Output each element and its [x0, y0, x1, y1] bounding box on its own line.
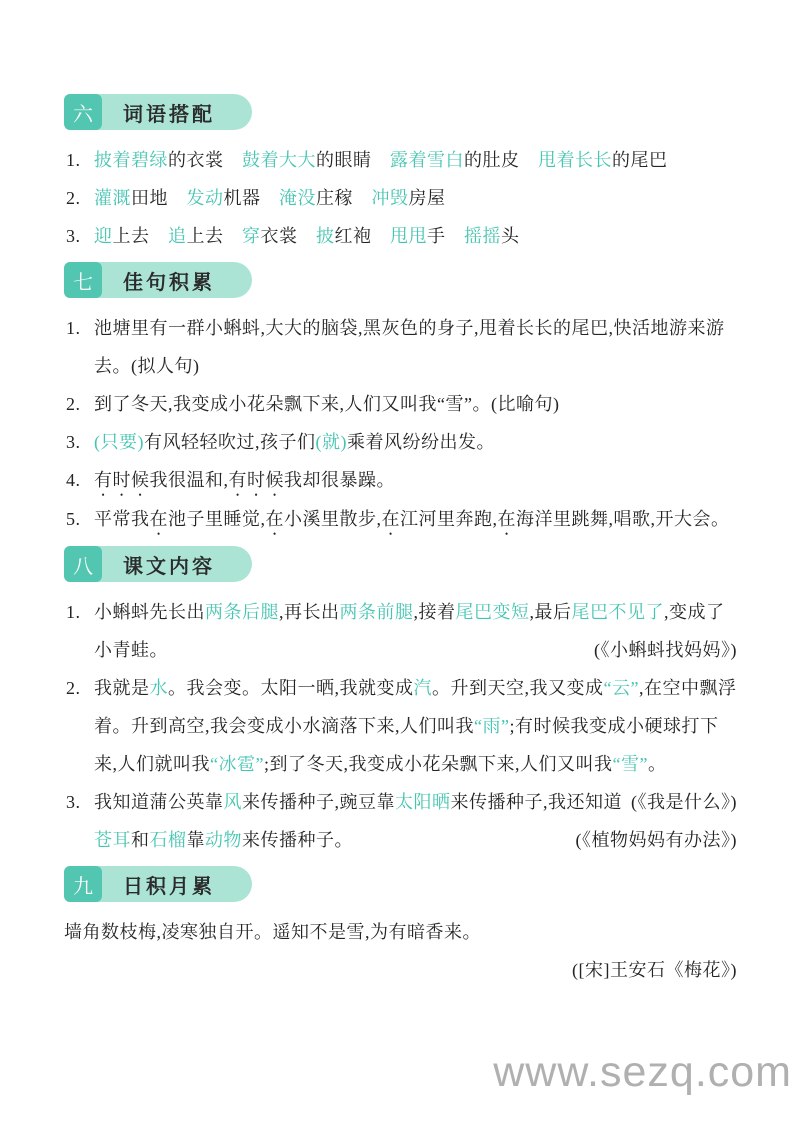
highlighted-text: 尾巴变短: [456, 602, 530, 622]
plain-text: 的眼睛: [316, 150, 372, 170]
list-item: 1.小蝌蚪先长出两条后腿,再长出两条前腿,接着尾巴变短,最后尾巴不见了,变成了小…: [64, 593, 737, 669]
plain-text: 红袍: [335, 226, 372, 246]
plain-text: [372, 226, 391, 246]
section-text-content: 八课文内容1.小蝌蚪先长出两条后腿,再长出两条前腿,接着尾巴变短,最后尾巴不见了…: [64, 546, 737, 859]
list-item: 3.我知道蒲公英靠风来传播种子,豌豆靠太阳晒来传播种子,我还知道苍耳和石榴靠动物…: [64, 783, 737, 859]
plain-text: 到了冬天,我变成小花朵飘下来,人们又叫我“雪”。(比喻句): [94, 394, 559, 414]
highlighted-text: 苍耳: [94, 830, 131, 850]
item-text: 到了冬天,我变成小花朵飘下来,人们又叫我“雪”。(比喻句): [94, 394, 559, 414]
highlighted-text: “云”: [604, 678, 639, 698]
plain-text: 。我会变。太阳一晒,我就变成: [168, 678, 414, 698]
sections-container: 六词语搭配1.披着碧绿的衣裳 鼓着大大的眼睛 露着雪白的肚皮 甩着长长的尾巴2.…: [64, 94, 737, 989]
plain-text: [261, 188, 280, 208]
emphasized-text: 在: [382, 509, 401, 529]
plain-text: 的肚皮: [464, 150, 520, 170]
section-number-badge: 七: [64, 262, 102, 298]
plain-text: 上去: [113, 226, 150, 246]
plain-text: 池子里睡觉,: [168, 509, 266, 529]
plain-text: 有风轻轻吹过,孩子们: [144, 432, 316, 452]
section-header-text-content: 八课文内容: [64, 546, 252, 582]
plain-text: 的尾巴: [612, 150, 668, 170]
plain-text: 手: [427, 226, 446, 246]
plain-text: 我就是: [94, 678, 150, 698]
plain-text: 的衣裳: [168, 150, 224, 170]
emphasized-text: 有时候: [229, 470, 285, 490]
emphasized-text: 在: [150, 509, 169, 529]
list-item: 2.灌溉田地 发动机器 淹没庄稼 冲毁房屋: [64, 179, 737, 217]
highlighted-text: 甩甩: [390, 226, 427, 246]
item-text: 我就是水。我会变。太阳一晒,我就变成汽。升到天空,我又变成“云”,在空中飘浮着。…: [94, 678, 736, 774]
list-item: 3.(只要)有风轻轻吹过,孩子们(就)乘着风纷纷出发。: [64, 423, 737, 461]
plain-text: 墙角数枝梅,凌寒独自开。遥知不是雪,为有暗香来。: [64, 922, 481, 942]
item-number: 3.: [66, 423, 81, 461]
section-header-daily-accumulation: 九日积月累: [64, 866, 252, 902]
emphasized-text: 有时候: [94, 470, 150, 490]
section-number-badge: 八: [64, 546, 102, 582]
plain-text: [224, 150, 243, 170]
plain-text: ,最后: [530, 602, 572, 622]
plain-text: ,接着: [414, 602, 456, 622]
plain-text: 房屋: [409, 188, 446, 208]
item-number: 1.: [66, 309, 81, 347]
item-number: 5.: [66, 500, 81, 538]
plain-text: 小蝌蚪先长出: [94, 602, 205, 622]
plain-text: 乘着风纷纷出发。: [347, 432, 495, 452]
list-item: 2.到了冬天,我变成小花朵飘下来,人们又叫我“雪”。(比喻句): [64, 385, 737, 423]
section-items: 1.池塘里有一群小蝌蚪,大大的脑袋,黑灰色的身子,甩着长长的尾巴,快活地游来游去…: [64, 307, 737, 539]
plain-text: 海洋里跳舞,唱歌,开大会。: [516, 509, 730, 529]
plain-text: ;到了冬天,我变成小花朵飘下来,人们又叫我: [264, 754, 613, 774]
highlighted-text: “雪”: [612, 754, 647, 774]
item-text: 灌溉田地 发动机器 淹没庄稼 冲毁房屋: [94, 188, 446, 208]
plain-text: 来传播种子,我还知道: [451, 792, 623, 812]
highlighted-text: 迎: [94, 226, 113, 246]
plain-text: 。升到天空,我又变成: [432, 678, 604, 698]
emphasized-text: 在: [498, 509, 517, 529]
list-item: 4.有时候我很温和,有时候我却很暴躁。: [64, 461, 737, 500]
plain-text: 来传播种子,豌豆靠: [242, 792, 395, 812]
plain-text: ([宋]王安石《梅花》): [572, 960, 737, 980]
item-source: (《小蝌蚪找妈妈》): [594, 631, 737, 669]
plain-text: 田地: [131, 188, 168, 208]
list-item: 2.我就是水。我会变。太阳一晒,我就变成汽。升到天空,我又变成“云”,在空中飘浮…: [64, 669, 737, 783]
item-number: 1.: [66, 141, 81, 179]
highlighted-text: (就): [316, 432, 348, 452]
plain-text: 池塘里有一群小蝌蚪,大大的脑袋,黑灰色的身子,甩着长长的尾巴,快活地游来游去。(…: [94, 318, 725, 376]
item-text: 平常我在池子里睡觉,在小溪里散步,在江河里奔跑,在海洋里跳舞,唱歌,开大会。: [94, 509, 730, 529]
plain-text: [446, 226, 465, 246]
emphasized-text: 在: [266, 509, 285, 529]
highlighted-text: 冲毁: [372, 188, 409, 208]
section-items: 1.披着碧绿的衣裳 鼓着大大的眼睛 露着雪白的肚皮 甩着长长的尾巴2.灌溉田地 …: [64, 139, 737, 255]
section-items: 墙角数枝梅,凌寒独自开。遥知不是雪,为有暗香来。([宋]王安石《梅花》): [64, 911, 737, 989]
section-header-good-sentences: 七佳句积累: [64, 262, 252, 298]
item-source: (《植物妈妈有办法》): [576, 821, 738, 859]
highlighted-text: 汽: [414, 678, 433, 698]
section-number-badge: 六: [64, 94, 102, 130]
plain-text: [298, 226, 317, 246]
highlighted-text: 披: [316, 226, 335, 246]
list-item: 墙角数枝梅,凌寒独自开。遥知不是雪,为有暗香来。: [64, 913, 737, 951]
plain-text: 小溪里散步,: [284, 509, 382, 529]
plain-text: 平常我: [94, 509, 150, 529]
section-items: 1.小蝌蚪先长出两条后腿,再长出两条前腿,接着尾巴变短,最后尾巴不见了,变成了小…: [64, 591, 737, 859]
item-text: (只要)有风轻轻吹过,孩子们(就)乘着风纷纷出发。: [94, 432, 495, 452]
section-good-sentences: 七佳句积累1.池塘里有一群小蝌蚪,大大的脑袋,黑灰色的身子,甩着长长的尾巴,快活…: [64, 262, 737, 539]
section-words-matching: 六词语搭配1.披着碧绿的衣裳 鼓着大大的眼睛 露着雪白的肚皮 甩着长长的尾巴2.…: [64, 94, 737, 255]
plain-text: [353, 188, 372, 208]
highlighted-text: 摇摇: [464, 226, 501, 246]
plain-text: 。: [648, 754, 667, 774]
plain-text: 机器: [224, 188, 261, 208]
section-header-words-matching: 六词语搭配: [64, 94, 252, 130]
item-text: ([宋]王安石《梅花》): [572, 960, 737, 980]
section-number-badge: 九: [64, 866, 102, 902]
highlighted-text: 灌溉: [94, 188, 131, 208]
item-text: 池塘里有一群小蝌蚪,大大的脑袋,黑灰色的身子,甩着长长的尾巴,快活地游来游去。(…: [94, 318, 725, 376]
highlighted-text: 太阳晒: [395, 792, 451, 812]
highlighted-text: 披着碧绿: [94, 150, 168, 170]
watermark: www.sezq.com: [493, 1048, 792, 1097]
item-number: 1.: [66, 593, 81, 631]
highlighted-text: 动物: [205, 830, 242, 850]
list-item: 1.披着碧绿的衣裳 鼓着大大的眼睛 露着雪白的肚皮 甩着长长的尾巴: [64, 141, 737, 179]
highlighted-text: 甩着长长: [538, 150, 612, 170]
list-item: ([宋]王安石《梅花》): [64, 951, 737, 989]
plain-text: 我很温和,: [150, 470, 229, 490]
item-text: 迎上去 追上去 穿衣裳 披红袍 甩甩手 摇摇头: [94, 226, 520, 246]
item-text: 有时候我很温和,有时候我却很暴躁。: [94, 470, 395, 490]
highlighted-text: “雨”: [474, 716, 509, 736]
highlighted-text: 石榴: [150, 830, 187, 850]
plain-text: [150, 226, 169, 246]
highlighted-text: 露着雪白: [390, 150, 464, 170]
item-number: 3.: [66, 217, 81, 255]
list-item: 5.平常我在池子里睡觉,在小溪里散步,在江河里奔跑,在海洋里跳舞,唱歌,开大会。: [64, 500, 737, 539]
highlighted-text: “冰雹”: [210, 754, 264, 774]
highlighted-text: 发动: [187, 188, 224, 208]
item-number: 2.: [66, 385, 81, 423]
section-daily-accumulation: 九日积月累墙角数枝梅,凌寒独自开。遥知不是雪,为有暗香来。([宋]王安石《梅花》…: [64, 866, 737, 989]
plain-text: [520, 150, 539, 170]
plain-text: 上去: [187, 226, 224, 246]
plain-text: 靠: [187, 830, 206, 850]
plain-text: 和: [131, 830, 150, 850]
highlighted-text: 风: [224, 792, 243, 812]
plain-text: [168, 188, 187, 208]
highlighted-text: 追: [168, 226, 187, 246]
item-number: 4.: [66, 461, 81, 499]
highlighted-text: 淹没: [279, 188, 316, 208]
workbook-page: 六词语搭配1.披着碧绿的衣裳 鼓着大大的眼睛 露着雪白的肚皮 甩着长长的尾巴2.…: [0, 0, 800, 989]
list-item: 3.迎上去 追上去 穿衣裳 披红袍 甩甩手 摇摇头: [64, 217, 737, 255]
highlighted-text: 鼓着大大: [242, 150, 316, 170]
plain-text: [372, 150, 391, 170]
plain-text: ,再长出: [279, 602, 340, 622]
item-text: 披着碧绿的衣裳 鼓着大大的眼睛 露着雪白的肚皮 甩着长长的尾巴: [94, 150, 668, 170]
item-text: 墙角数枝梅,凌寒独自开。遥知不是雪,为有暗香来。: [64, 922, 481, 942]
item-number: 2.: [66, 179, 81, 217]
highlighted-text: (只要): [94, 432, 144, 452]
highlighted-text: 两条后腿: [205, 602, 279, 622]
highlighted-text: 两条前腿: [340, 602, 414, 622]
plain-text: 我知道蒲公英靠: [94, 792, 224, 812]
plain-text: [224, 226, 243, 246]
highlighted-text: 水: [150, 678, 169, 698]
plain-text: 来传播种子。: [242, 830, 353, 850]
item-text: 我知道蒲公英靠风来传播种子,豌豆靠太阳晒来传播种子,我还知道苍耳和石榴靠动物来传…: [94, 792, 622, 850]
highlighted-text: 穿: [242, 226, 261, 246]
highlighted-text: 尾巴不见了: [572, 602, 665, 622]
plain-text: 我却很暴躁。: [284, 470, 395, 490]
list-item: 1.池塘里有一群小蝌蚪,大大的脑袋,黑灰色的身子,甩着长长的尾巴,快活地游来游去…: [64, 309, 737, 385]
item-number: 3.: [66, 783, 81, 821]
item-number: 2.: [66, 669, 81, 707]
plain-text: 衣裳: [261, 226, 298, 246]
plain-text: 庄稼: [316, 188, 353, 208]
plain-text: 头: [501, 226, 520, 246]
plain-text: 江河里奔跑,: [400, 509, 498, 529]
